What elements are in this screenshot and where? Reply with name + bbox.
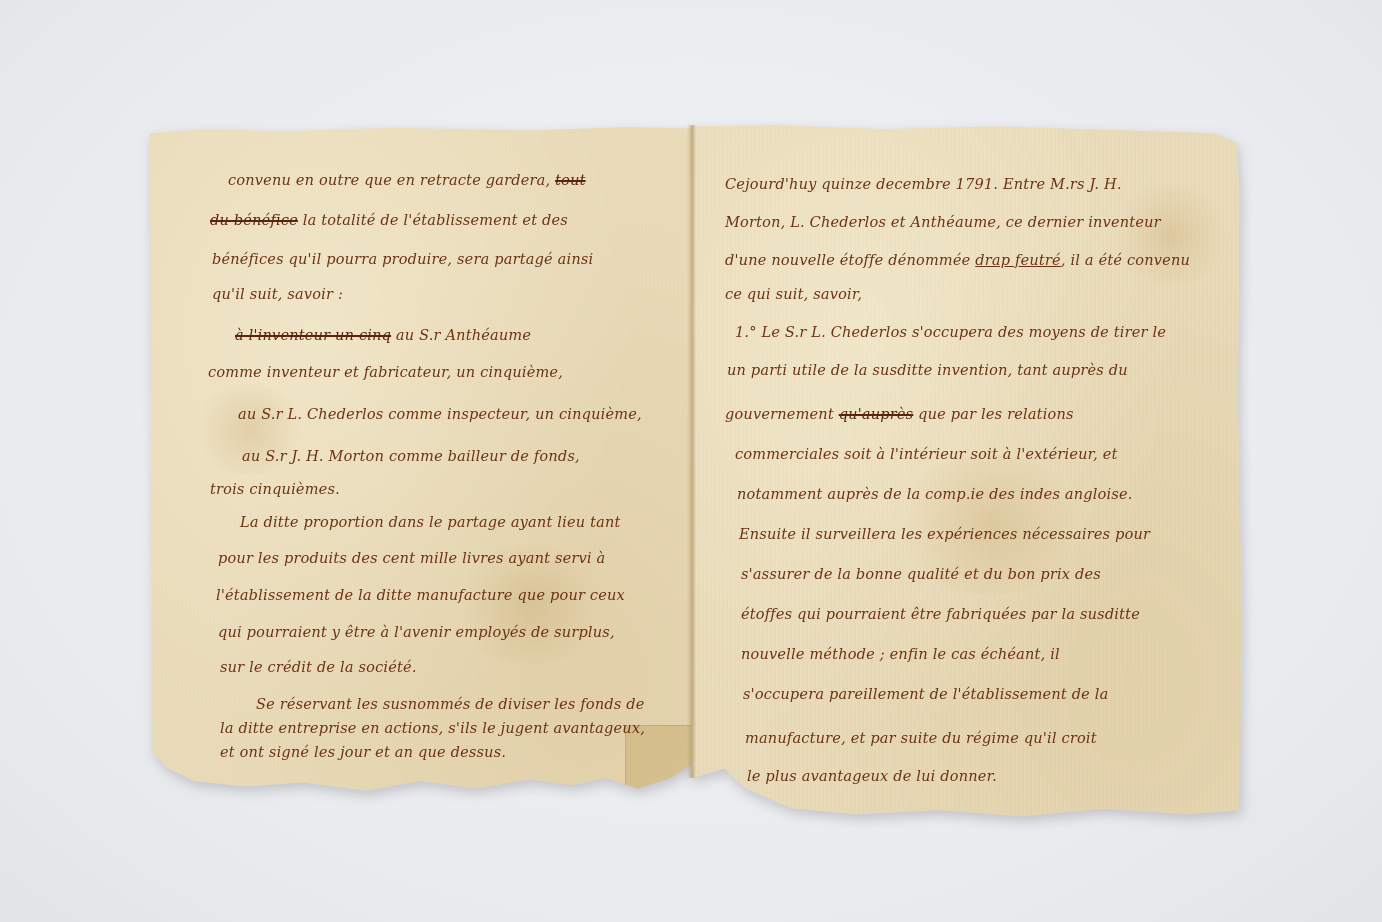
handwritten-line: pour les produits des cent mille livres … [218,551,605,567]
handwritten-line: Morton, L. Chederlos et Anthéaume, ce de… [725,215,1161,231]
handwritten-line: au S.r J. H. Morton comme bailleur de fo… [242,449,580,465]
handwritten-line: sur le crédit de la société. [220,660,417,676]
paper-repair-patch [625,725,692,816]
handwritten-line: manufacture, et par suite du régime qu'i… [745,731,1097,747]
handwritten-line: ce qui suit, savoir, [725,287,862,303]
handwritten-line: gouvernement qu'auprès que par les relat… [725,407,1074,423]
handwritten-line: à l'inventeur un cinq au S.r Anthéaume [235,328,531,344]
handwritten-line: s'assurer de la bonne qualité et du bon … [741,567,1101,583]
handwritten-line: convenu en outre que en retracte gardera… [228,173,586,189]
paper-stain [1111,185,1231,285]
right-page: Cejourd'huy quinze decembre 1791. Entre … [691,125,1242,820]
handwritten-line: nouvelle méthode ; enfin le cas échéant,… [741,647,1060,663]
manuscript-sheet: convenu en outre que en retracte gardera… [150,125,1242,820]
handwritten-line: et ont signé les jour et an que dessus. [220,745,506,761]
handwritten-line: commerciales soit à l'intérieur soit à l… [735,447,1118,463]
handwritten-line: La ditte proportion dans le partage ayan… [240,515,621,531]
handwritten-line: Cejourd'huy quinze decembre 1791. Entre … [725,177,1122,193]
handwritten-line: qui pourraient y être à l'avenir employé… [218,625,615,641]
handwritten-line: notamment auprès de la comp.ie des indes… [737,487,1133,503]
handwritten-line: au S.r L. Chederlos comme inspecteur, un… [238,407,642,423]
handwritten-line: comme inventeur et fabricateur, un cinqu… [208,365,563,381]
handwritten-line: un parti utile de la susditte invention,… [727,363,1128,379]
handwritten-line: la ditte entreprise en actions, s'ils le… [220,721,645,737]
handwritten-line: 1.° Le S.r L. Chederlos s'occupera des m… [735,325,1166,341]
handwritten-line: du bénéfice la totalité de l'établisseme… [210,213,568,229]
handwritten-line: Ensuite il surveillera les expériences n… [739,527,1150,543]
left-page: convenu en outre que en retracte gardera… [150,125,692,820]
handwritten-line: trois cinquièmes. [210,482,340,498]
handwritten-line: s'occupera pareillement de l'établisseme… [743,687,1108,703]
handwritten-line: le plus avantageux de lui donner. [747,769,997,785]
handwritten-line: d'une nouvelle étoffe dénommée drap feut… [725,253,1190,269]
handwritten-line: bénéfices qu'il pourra produire, sera pa… [212,252,593,268]
handwritten-line: qu'il suit, savoir : [212,287,343,303]
handwritten-line: l'établissement de la ditte manufacture … [216,588,625,604]
center-fold [687,125,696,778]
handwritten-line: Se réservant les susnommés de diviser le… [256,697,645,713]
handwritten-line: étoffes qui pourraient être fabriquées p… [741,607,1140,623]
